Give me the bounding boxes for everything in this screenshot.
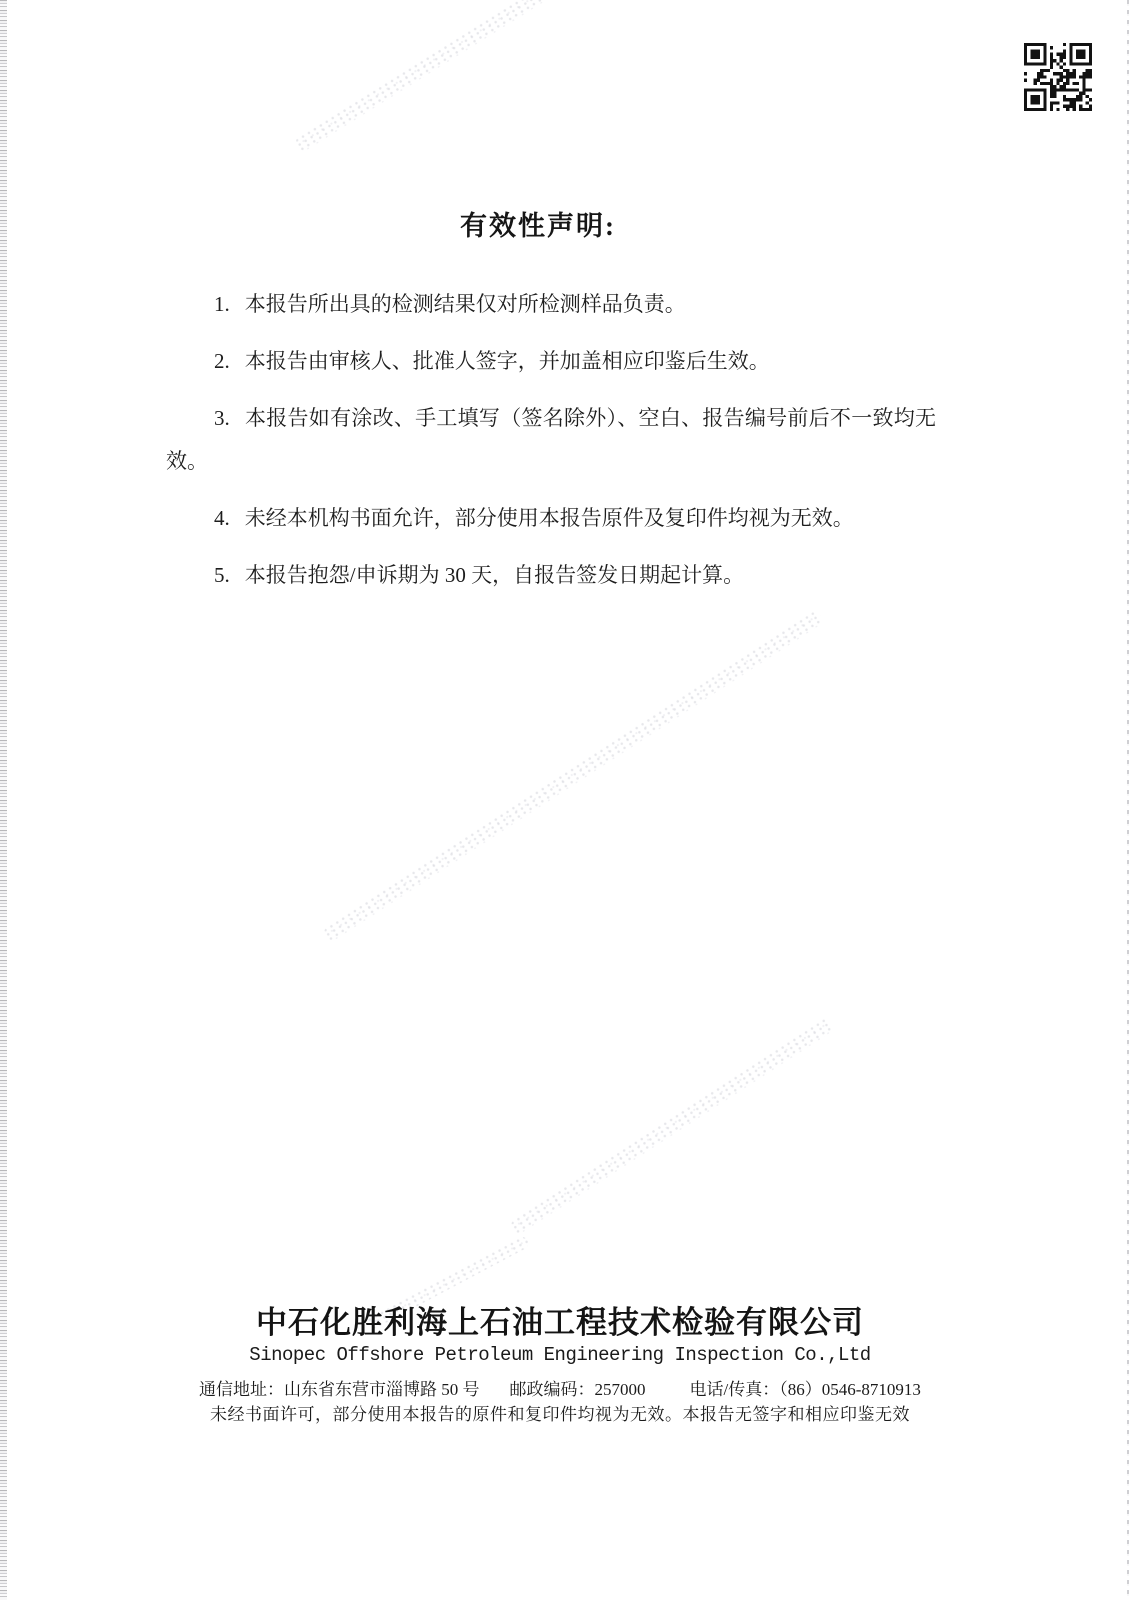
statements-list: 1.本报告所出具的检测结果仅对所检测样品负责。 2.本报告由审核人、批准人签字，… xyxy=(166,283,936,611)
footer-disclaimer: 未经书面许可，部分使用本报告的原件和复印件均视为无效。本报告无签字和相应印鉴无效 xyxy=(0,1403,1120,1427)
contact-address: 通信地址：山东省东营市淄博路 50 号 xyxy=(199,1378,480,1402)
statement-text: 本报告所出具的检测结果仅对所检测样品负责。 xyxy=(245,292,686,316)
qr-code-icon xyxy=(1024,43,1092,111)
statement-text: 本报告如有涂改、手工填写（签名除外）、空白、报告编号前后不一致均无效。 xyxy=(166,406,936,473)
statement-number: 2. xyxy=(214,349,230,373)
watermark-fragment xyxy=(508,1016,835,1236)
watermark-fragment xyxy=(321,609,825,944)
watermark-fragment xyxy=(293,0,547,154)
statement-text: 本报告抱怨/申诉期为 30 天，自报告签发日期起计算。 xyxy=(245,563,744,587)
statement-item: 5.本报告抱怨/申诉期为 30 天，自报告签发日期起计算。 xyxy=(166,554,936,597)
statement-number: 4. xyxy=(214,506,230,530)
scan-edge-right xyxy=(1127,0,1129,1600)
statement-text: 本报告由审核人、批准人签字，并加盖相应印鉴后生效。 xyxy=(245,349,770,373)
statement-item: 4.未经本机构书面允许，部分使用本报告原件及复印件均视为无效。 xyxy=(166,497,936,540)
scanned-document-page: 有效性声明: 1.本报告所出具的检测结果仅对所检测样品负责。 2.本报告由审核人… xyxy=(0,0,1131,1600)
company-name-cn: 中石化胜利海上石油工程技术检验有限公司 xyxy=(0,1303,1120,1343)
contact-postal-code: 邮政编码：257000 xyxy=(510,1378,646,1402)
statement-item: 3.本报告如有涂改、手工填写（签名除外）、空白、报告编号前后不一致均无效。 xyxy=(166,397,936,483)
company-name-en: Sinopec Offshore Petroleum Engineering I… xyxy=(0,1341,1120,1369)
statement-item: 1.本报告所出具的检测结果仅对所检测样品负责。 xyxy=(166,283,936,326)
page-title: 有效性声明: xyxy=(0,206,1076,246)
statement-item: 2.本报告由审核人、批准人签字，并加盖相应印鉴后生效。 xyxy=(166,340,936,383)
contact-info-row: 通信地址：山东省东营市淄博路 50 号 邮政编码：257000 电话/传真：（8… xyxy=(0,1378,1120,1402)
statement-number: 1. xyxy=(214,292,230,316)
statement-number: 5. xyxy=(214,563,230,587)
statement-number: 3. xyxy=(214,406,230,430)
statement-text: 未经本机构书面允许，部分使用本报告原件及复印件均视为无效。 xyxy=(245,506,854,530)
contact-phone-fax: 电话/传真：（86）0546-8710913 xyxy=(690,1378,921,1402)
